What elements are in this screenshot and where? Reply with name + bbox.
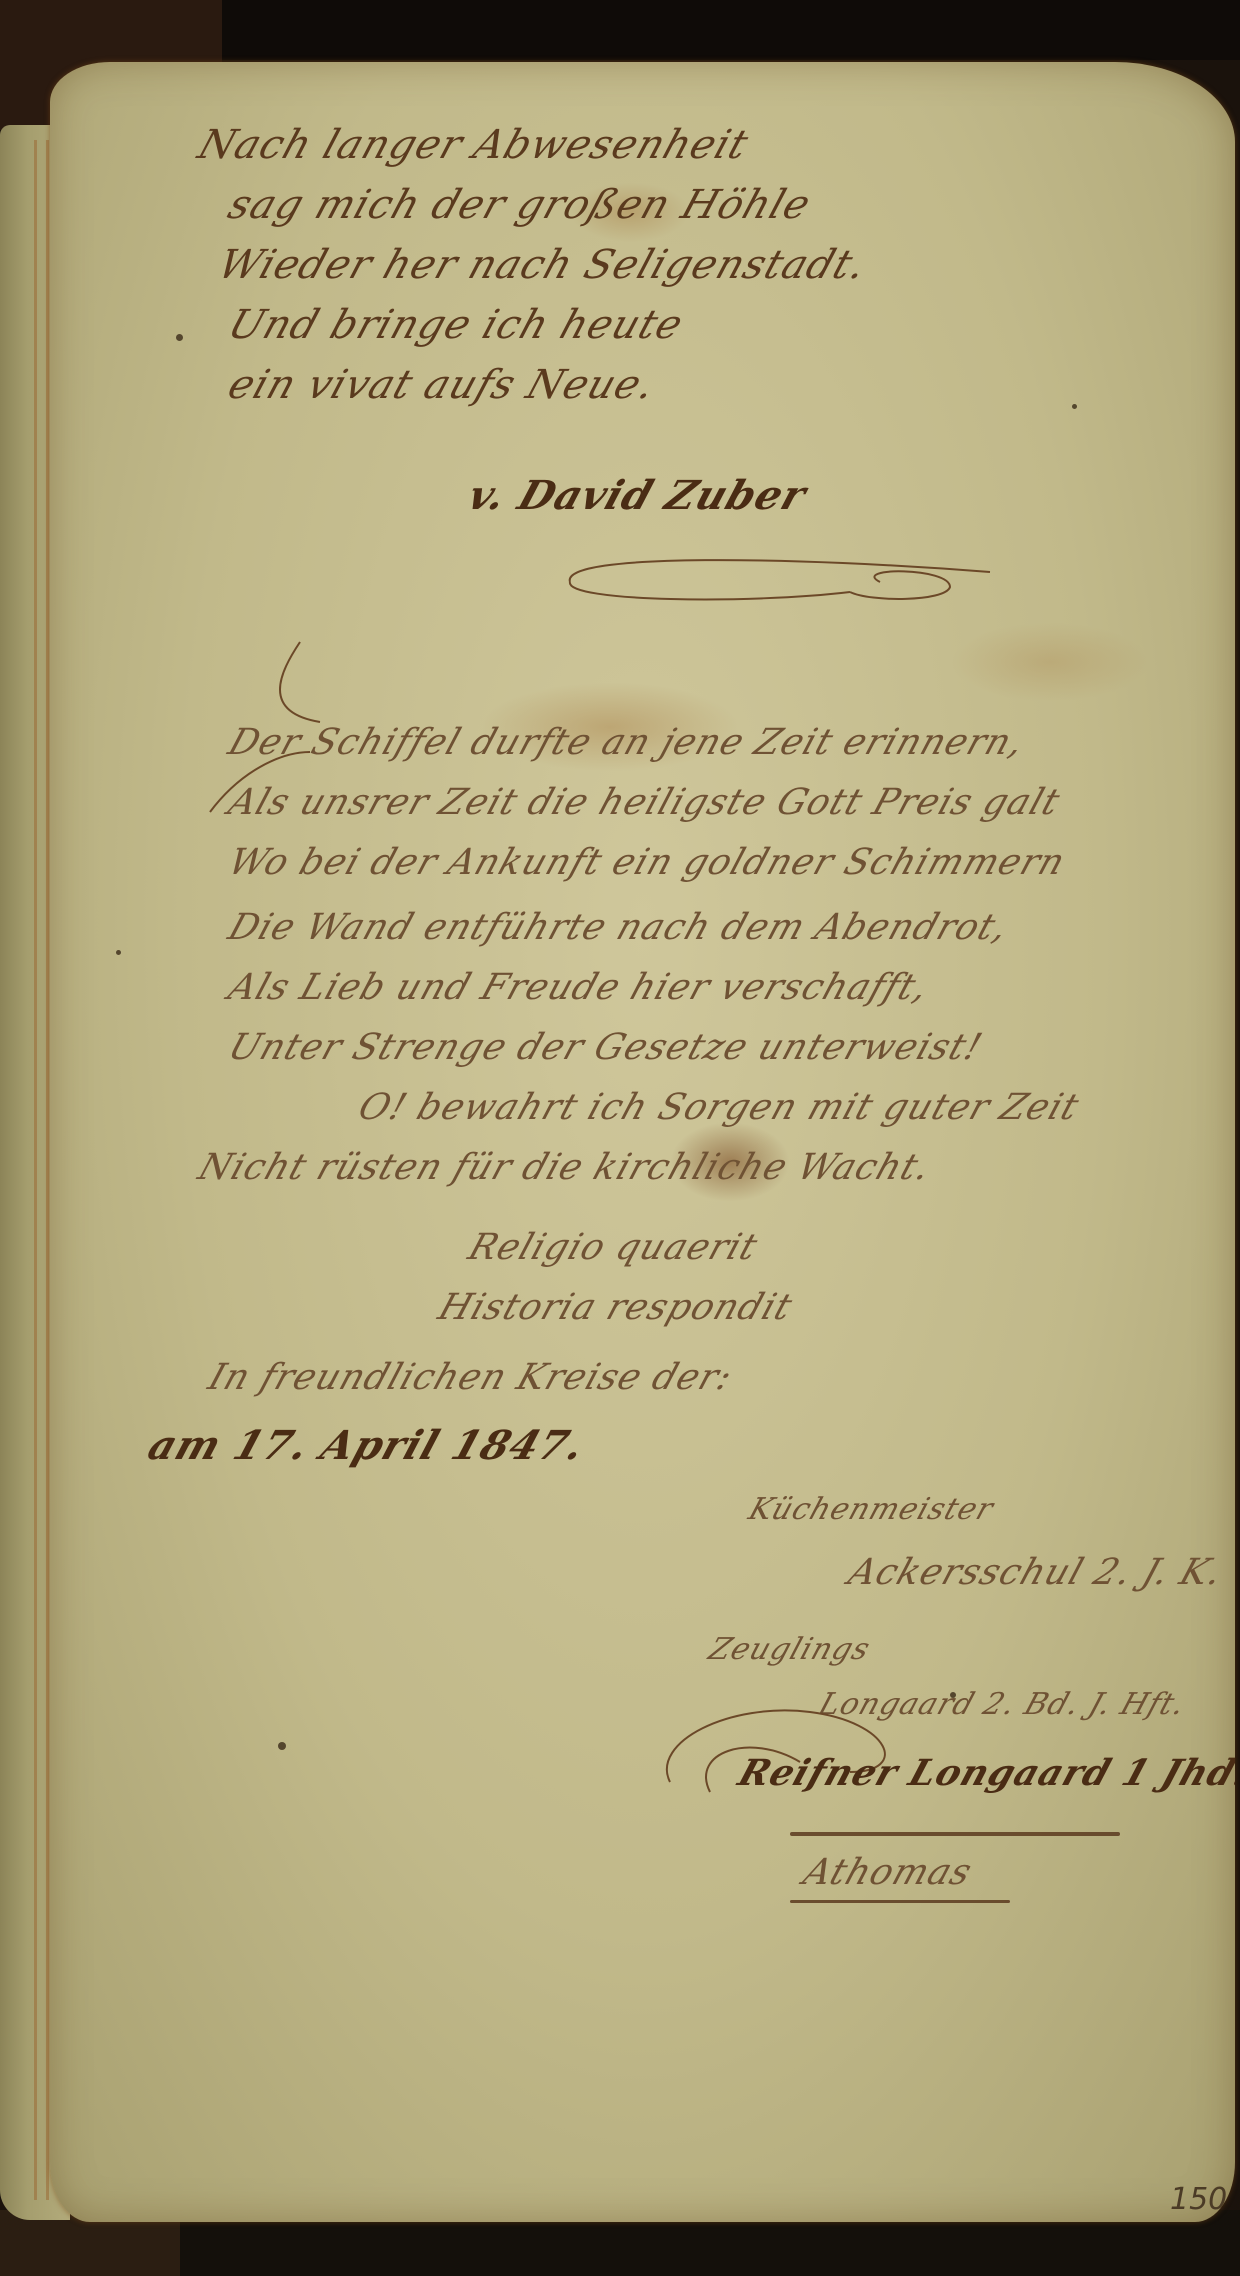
ink-spot — [116, 950, 121, 955]
verse-line-3: Wo bei der Ankunft ein goldner Schimmern — [223, 842, 1070, 883]
background-dark — [222, 0, 1240, 60]
signature-name-3: Reifner Longaard 1 Jhd. — [733, 1752, 1235, 1794]
page-edge-line — [34, 140, 37, 2200]
verse-line-2: Als unsrer Zeit die heiligste Gott Preis… — [223, 782, 1065, 823]
poem-line-3: Wieder her nach Seligenstadt. — [213, 242, 873, 288]
poem-line-2: sag mich der großen Höhle — [223, 182, 817, 228]
signature-label-1: Küchenmeister — [744, 1492, 998, 1527]
poem-line-4: Und bringe ich heute — [223, 302, 690, 348]
verse-line-6: Unter Strenge der Gesetze unterweist! — [223, 1027, 987, 1068]
motto-respondit: Historia respondit — [433, 1287, 797, 1328]
motto-quaerit: Religio quaerit — [463, 1227, 763, 1268]
verse-line-8: Nicht rüsten für die kirchliche Wacht. — [193, 1147, 936, 1188]
signature-name-1: Ackersschul 2. J. K. — [843, 1552, 1228, 1593]
closing-line: In freundlichen Kreise der: — [203, 1357, 738, 1398]
signature-name-4: Athomas — [798, 1852, 977, 1893]
poem-line-5: ein vivat aufs Neue. — [223, 362, 662, 408]
signature-underline — [790, 1832, 1120, 1836]
verse-line-5: Als Lieb und Freude hier verschafft, — [223, 967, 934, 1008]
signature-label-2: Zeuglings — [704, 1632, 875, 1667]
water-stain — [950, 622, 1150, 702]
verse-line-1: Der Schiffel durfte an jene Zeit erinner… — [223, 722, 1029, 763]
manuscript-page: Nach langer Abwesenheit sag mich der gro… — [50, 62, 1235, 2222]
folio-number: 150 — [1170, 2182, 1227, 2217]
closing-date: am 17. April 1847. — [142, 1422, 591, 1469]
ink-spot — [278, 1742, 286, 1750]
ink-spot — [1072, 404, 1077, 409]
ink-spot — [176, 334, 183, 341]
verse-line-7: O! bewahrt ich Sorgen mit guter Zeit — [353, 1087, 1084, 1128]
author-signature: v. David Zuber — [462, 472, 812, 519]
signature-underline — [790, 1900, 1010, 1903]
poem-line-1: Nach langer Abwesenheit — [193, 122, 755, 168]
signature-flourish — [550, 542, 1010, 622]
verse-line-4: Die Wand entführte nach dem Abendrot, — [223, 907, 1013, 948]
page-edge-line — [46, 140, 49, 2200]
